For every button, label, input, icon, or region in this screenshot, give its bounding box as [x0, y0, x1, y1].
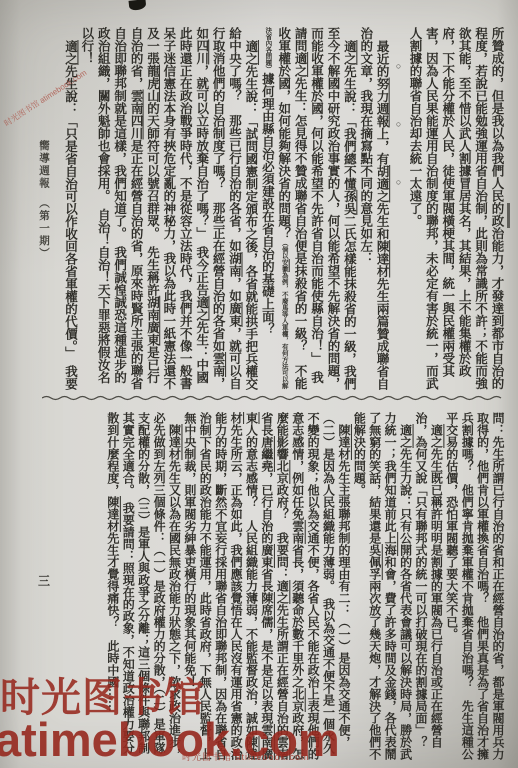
text-paragraph: 適之先生說：「只是省自治可以作收回各省軍權的代價。」 我要 — [62, 27, 78, 390]
issue-label: （第一期） — [38, 203, 49, 260]
ink-blot-artifact — [129, 0, 147, 11]
text-register-bottom: 問：先生所謂已行自治的省和正在經營自治的省，都是軍閥用兵力取得的，他們肯以軍權換… — [104, 412, 505, 762]
text-paragraph: 適之先生力說：只有公開的各省代表會議可以解決時局，勝於武力統一；我們知道前此上海… — [351, 412, 413, 762]
section-divider-rule — [42, 394, 507, 402]
text-paragraph: 最近的努力週報上，有胡適之先生和陳達材先生兩篇贊成聯省自治的文章，我現在摘寫點不… — [357, 27, 390, 390]
text-paragraph: 適之先生說：「我們總不懂孫吳二氏怎樣能抹殺省的一級，我們至今不解國中研究政治事實… — [259, 27, 357, 390]
text-paragraph: 問：先生所謂已行自治的省和正在經營自治的省，都是軍閥用兵力取得的，他們肯以軍權換… — [443, 412, 505, 762]
divider-dots: ○○○ — [390, 27, 406, 390]
text-register-top: 所贊成的，但是我以為我們人民的政治能力，才發達到都市自治的程度，若說已能勉強運用… — [62, 27, 505, 390]
text-paragraph: 適之先生既已稱許明明是割據的軍閥為已行自治或正在經營自治，為何又說「只有聯邦式的… — [413, 412, 444, 762]
scanned-document-page: 所贊成的，但是我以為我們人民的政治能力，才發達到都市自治的程度，若說已能勉強運用… — [0, 0, 518, 768]
page-number: 三 — [38, 572, 50, 589]
text-paragraph: 適之先生說：「試問國憲制定頒布之後，各省就能拱手把兵權交給中央了嗎？ 那些已行自… — [78, 27, 258, 390]
publication-title: 嚮導週報 — [38, 140, 49, 190]
text-paragraph: 所贊成的，但是我以為我們人民的政治能力，才發達到都市自治的程度，若說已能勉強運用… — [407, 27, 505, 390]
running-title: 嚮導週報 （第一期） — [36, 140, 51, 370]
text-paragraph: 陳達材先生主張聯邦制的理由有二：（一）是因為交通不便，（二）是因為人民組織能力薄… — [181, 412, 350, 762]
text-paragraph: 陳達材先生又以為在國民無政治能力狀態之下，欲求政治進步，必先做到左列三個條件：（… — [104, 412, 181, 762]
scan-edge-artifact — [507, 203, 510, 228]
